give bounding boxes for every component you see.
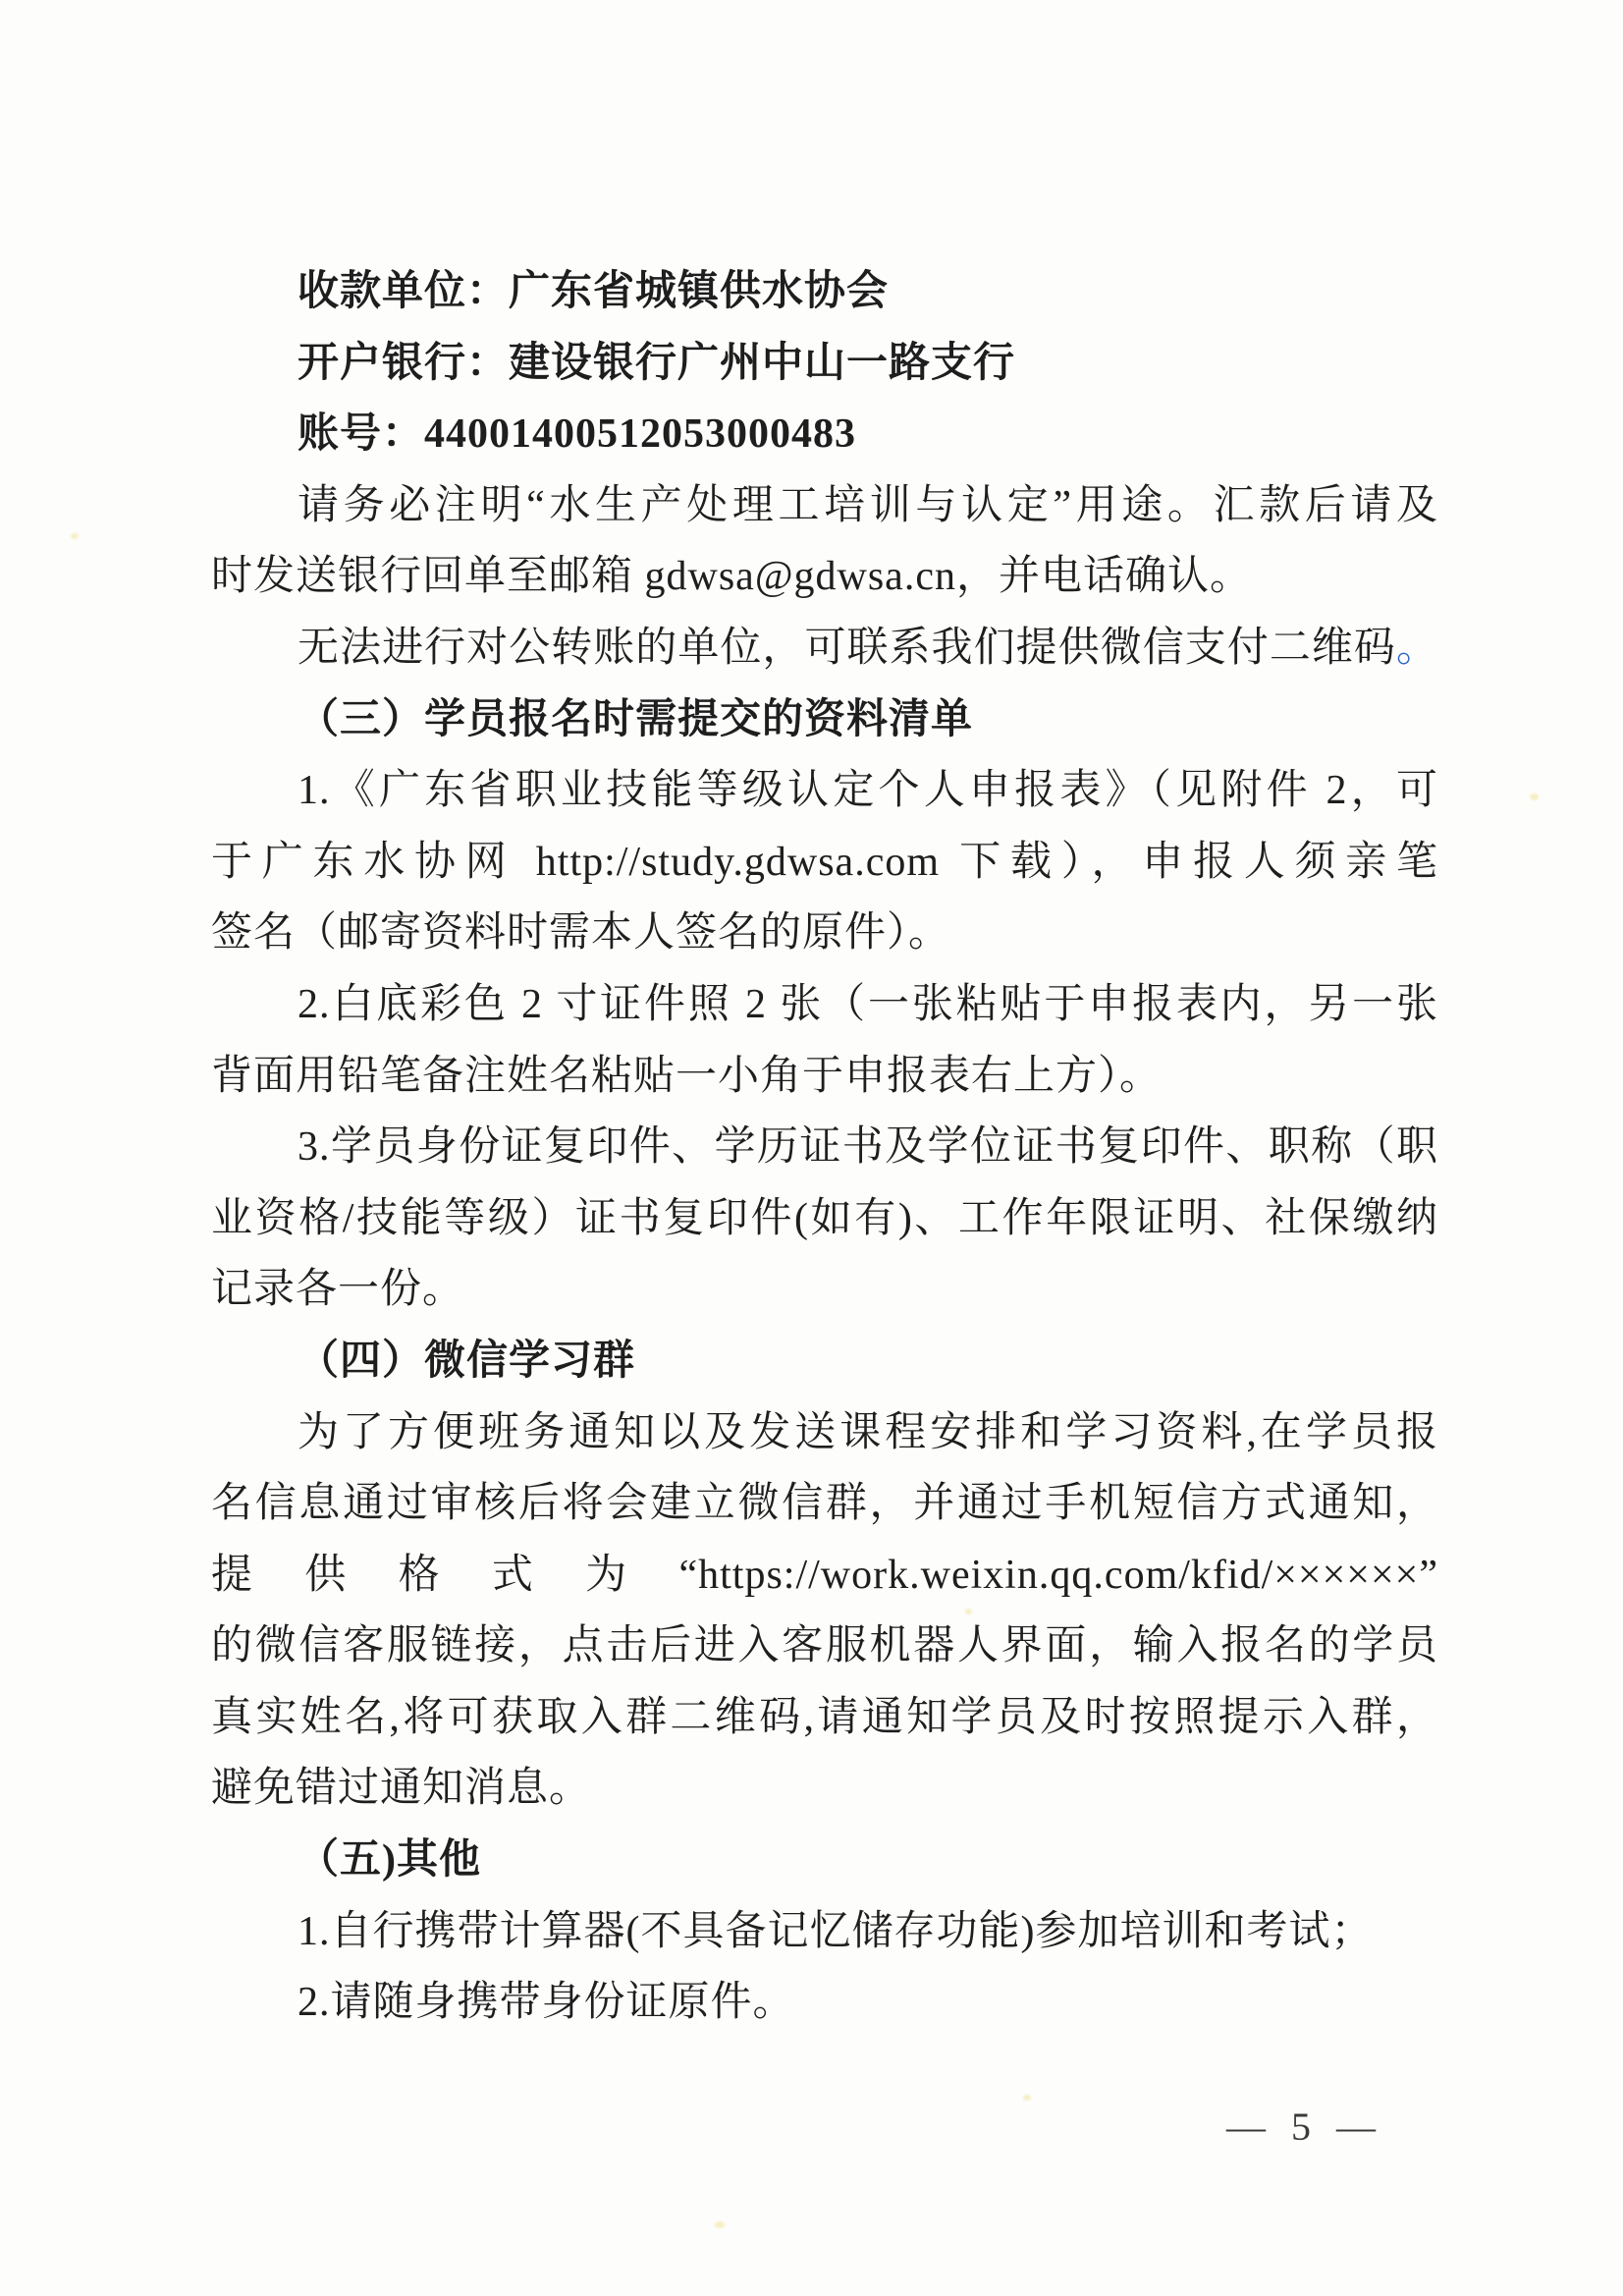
transfer-note-line: 无法进行对公转账的单位，可联系我们提供微信支付二维码。 [211,613,1438,684]
section4-heading: （四）微信学习群 [211,1326,1438,1397]
section4-para-line5: 真实姓名,将可获取入群二维码,请通知学员及时按照提示入群， [211,1682,1438,1754]
section3-item3-line1: 3.学员身份证复印件、学历证书及学位证书复印件、职称（职 [211,1112,1438,1183]
transfer-note-text: 无法进行对公转账的单位，可联系我们提供微信支付二维码 [298,626,1396,671]
section5-heading: （五)其他 [211,1825,1438,1896]
section5-item2: 2.请随身携带身份证原件。 [211,1967,1438,2039]
scan-speckle [1530,793,1539,800]
section4-para-line4: 的微信客服链接，点击后进入客服机器人界面，输入报名的学员 [211,1611,1438,1682]
document-body: 收款单位：广东省城镇供水协会 开户银行：建设银行广州中山一路支行 账号：4400… [211,256,1438,2039]
bank-line: 开户银行：建设银行广州中山一路支行 [211,328,1438,400]
section3-item1-line1: 1.《广东省职业技能等级认定个人申报表》（见附件 2，可 [211,755,1438,827]
section3-item3-line2: 业资格/技能等级）证书复印件(如有)、工作年限证明、社保缴纳 [211,1183,1438,1255]
section3-item1-line2: 于广东水协网 http://study.gdwsa.com 下载），申报人须亲笔 [211,827,1438,899]
footer-dash-right: — [1336,2104,1376,2150]
section4-para-line6: 避免错过通知消息。 [211,1753,1438,1825]
section5-item1: 1.自行携带计算器(不具备记忆储存功能)参加培训和考试； [211,1896,1438,1968]
page-number: 5 [1291,2104,1311,2150]
scan-speckle [71,533,79,539]
remit-note-line-1: 请务必注明“水生产处理工培训与认定”用途。汇款后请及 [211,470,1438,542]
page-footer: — 5 — [1173,2104,1429,2150]
footer-dash-left: — [1226,2104,1266,2150]
section4-para-line2: 名信息通过审核后将会建立微信群，并通过手机短信方式通知， [211,1468,1438,1540]
scan-speckle [715,2221,725,2228]
scanned-document-page: 收款单位：广东省城镇供水协会 开户银行：建设银行广州中山一路支行 账号：4400… [0,0,1623,2296]
account-number-line: 账号：44001400512053000483 [211,399,1438,470]
remit-note-line-2: 时发送银行回单至邮箱 gdwsa@gdwsa.cn，并电话确认。 [211,541,1438,613]
section3-item3-line3: 记录各一份。 [211,1254,1438,1326]
payee-line: 收款单位：广东省城镇供水协会 [211,256,1438,328]
section3-item2-line1: 2.白底彩色 2 寸证件照 2 张（一张粘贴于申报表内，另一张 [211,969,1438,1041]
section4-para-line1: 为了方便班务通知以及发送课程安排和学习资料,在学员报 [211,1397,1438,1469]
scan-speckle [1023,2095,1031,2101]
transfer-note-blue-period: 。 [1396,626,1438,671]
section3-item1-line3: 签名（邮寄资料时需本人签名的原件）。 [211,898,1438,969]
section3-heading: （三）学员报名时需提交的资料清单 [211,684,1438,756]
scan-speckle [965,1609,972,1614]
section4-para-line3: 提供格式为“https://work.weixin.qq.com/kfid/××… [211,1540,1438,1612]
section3-item2-line2: 背面用铅笔备注姓名粘贴一小角于申报表右上方）。 [211,1041,1438,1113]
